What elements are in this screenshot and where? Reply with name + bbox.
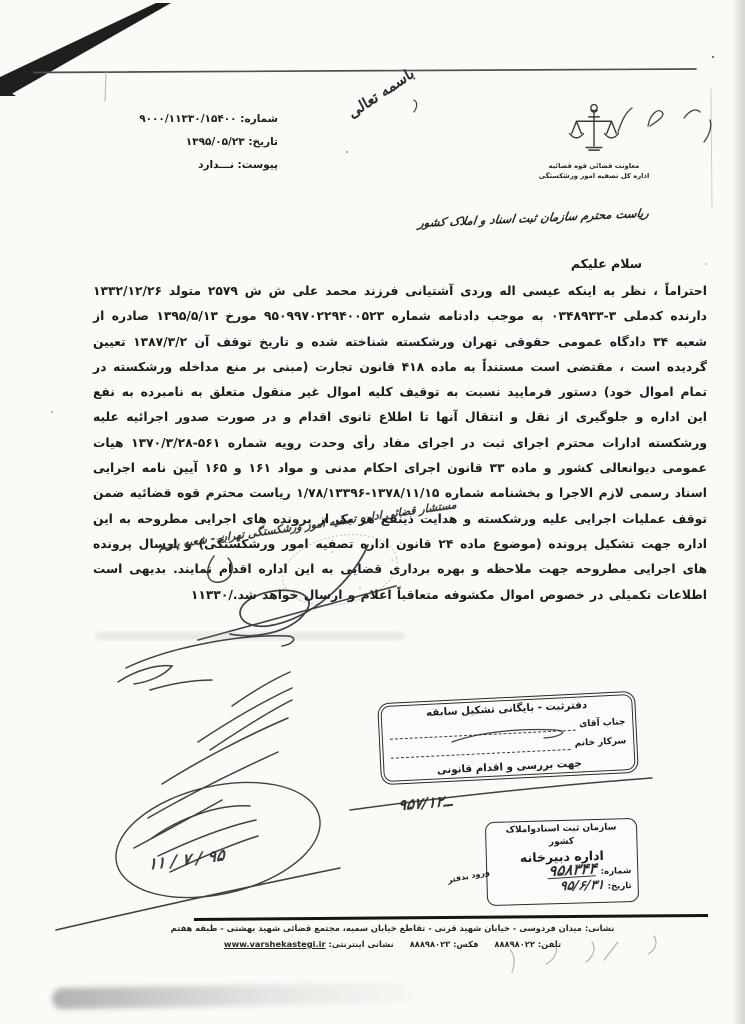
handwritten-note	[148, 752, 278, 818]
handwritten-mark	[704, 120, 711, 142]
footer-address: نشانی: میدان فردوسی - خیابان شهید قرنی -…	[110, 923, 675, 933]
dotted-leader	[390, 742, 570, 759]
received-date-row: تاریخ: ۹۵/۶/۳۱	[494, 878, 632, 897]
ref-number-value: ۹۰۰۰/۱۱۳۳۰/۱۵۴۰۰	[139, 113, 236, 125]
ref-date-value: ۱۳۹۵/۰۵/۲۳	[186, 136, 245, 148]
routing-mr-label: جناب آقای	[579, 717, 626, 730]
ref-date-label: تاریخ:	[248, 136, 278, 148]
received-number-label: شماره:	[601, 865, 632, 879]
handwritten-mark	[684, 110, 700, 118]
handwritten-note	[210, 700, 292, 750]
routing-stamp: دفترثبت - بایگانی تشکیل سابقه جناب آقای …	[377, 691, 639, 786]
routing-stamp-action-line: جهت بررسی و اقدام قانونی	[391, 755, 627, 779]
footer-fax: فکس: ۸۸۸۹۸۰۲۳	[410, 939, 479, 949]
handwritten-flourish	[56, 868, 340, 930]
footer-contact-row: تلفن: ۸۸۸۹۸۰۲۲ فکس: ۸۸۸۹۸۰۲۳ نشانی اینتر…	[110, 939, 675, 949]
handwritten-note	[134, 800, 222, 848]
reference-block: شماره: ۹۰۰۰/۱۱۳۳۰/۱۵۴۰۰ تاریخ: ۱۳۹۵/۰۵/۲…	[139, 113, 278, 182]
ref-attachment-label: پیوست:	[238, 159, 278, 171]
handwritten-note	[162, 718, 288, 784]
routing-stamp-mr-row: جناب آقای	[389, 717, 625, 740]
routing-stamp-inner: دفترثبت - بایگانی تشکیل سابقه جناب آقای …	[380, 694, 635, 782]
salutation: سلام علیکم	[571, 256, 642, 271]
routing-stamp-mrs-row: سرکار خانم	[390, 736, 626, 759]
routing-mrs-label: سرکار خانم	[574, 736, 626, 750]
handwritten-note	[126, 636, 294, 668]
handwritten-date-oval: ۱۱ / ۷ / ۹۵	[148, 845, 225, 874]
besmellah-calligraphy: باسمه تعالی	[339, 64, 417, 127]
footer-web-label: نشانی اینترنتی:	[329, 939, 394, 949]
handwritten-note	[232, 672, 290, 706]
received-date-label: تاریخ:	[608, 880, 632, 894]
received-stamp-org: سازمان ثبت اسنادواملاک کشور	[492, 821, 631, 851]
footer-fax-label: فکس:	[453, 939, 478, 949]
handwritten-entry-number: ۹۵۸۳۴۴	[548, 862, 598, 879]
ref-date-row: تاریخ: ۱۳۹۵/۰۵/۲۳	[139, 136, 278, 148]
letterhead: معاونت قضائی قوه قضائیه اداره کل تصفیه ا…	[536, 102, 652, 181]
org-line-2: اداره کل تصفیه امور ورشکستگی	[536, 171, 652, 181]
footer-phone-value: ۸۸۸۹۸۰۲۲	[494, 939, 535, 949]
footer-phone: تلفن: ۸۸۸۹۸۰۲۲	[494, 939, 561, 949]
ref-attachment-value: نـــدارد	[198, 159, 234, 171]
routing-stamp-title: دفترثبت - بایگانی تشکیل سابقه	[388, 697, 624, 721]
org-line-1: معاونت قضائی قوه قضائیه	[536, 161, 652, 171]
handwritten-note	[118, 666, 172, 684]
ref-attachment-row: پیوست: نـــدارد	[139, 159, 278, 171]
scanned-official-letter: باسمه تعالی شماره: ۹۰۰۰/۱۱۳۳۰/۱۵۴۰۰ تاری…	[0, 0, 745, 1024]
dotted-leader	[390, 723, 576, 740]
letter-body-paragraph: احتراماً ، نظر به اینکه عیسی اله وردی آش…	[93, 279, 707, 608]
handwritten-date-routing: ۹۵ــ۷/۱۲	[398, 792, 453, 815]
handwritten-note	[152, 806, 250, 838]
footer-website-link: www.varshekastegi.ir	[224, 939, 326, 949]
footer-phone-label: تلفن:	[538, 939, 561, 949]
faint-mark	[510, 950, 514, 972]
footer-web: نشانی اینترنتی: www.varshekastegi.ir	[224, 939, 394, 949]
received-entry-label: ورود بدفتر	[447, 867, 490, 884]
received-stamp: سازمان ثبت اسنادواملاک کشور اداره دبیرخا…	[485, 818, 639, 906]
handwritten-mark	[414, 100, 417, 112]
corner-fold-artifact	[0, 3, 171, 96]
handwritten-note	[198, 688, 292, 742]
addressee-line: ریاست محترم سازمان ثبت اسناد و املاک کشو…	[458, 206, 650, 228]
footer-fax-value: ۸۸۸۹۸۰۲۳	[410, 939, 451, 949]
handwritten-note	[150, 680, 212, 690]
scan-smudge-artifact	[52, 982, 432, 1010]
ref-number-label: شماره:	[240, 113, 278, 125]
top-rule	[34, 69, 696, 73]
page-edge-shadow	[731, 0, 745, 1024]
handwritten-entry-date: ۹۵/۶/۳۱	[559, 879, 605, 893]
handwritten-oval	[105, 764, 332, 916]
ref-number-row: شماره: ۹۰۰۰/۱۱۳۳۰/۱۵۴۰۰	[139, 113, 278, 125]
footer-divider	[194, 914, 708, 921]
scales-of-justice-icon	[567, 102, 621, 158]
